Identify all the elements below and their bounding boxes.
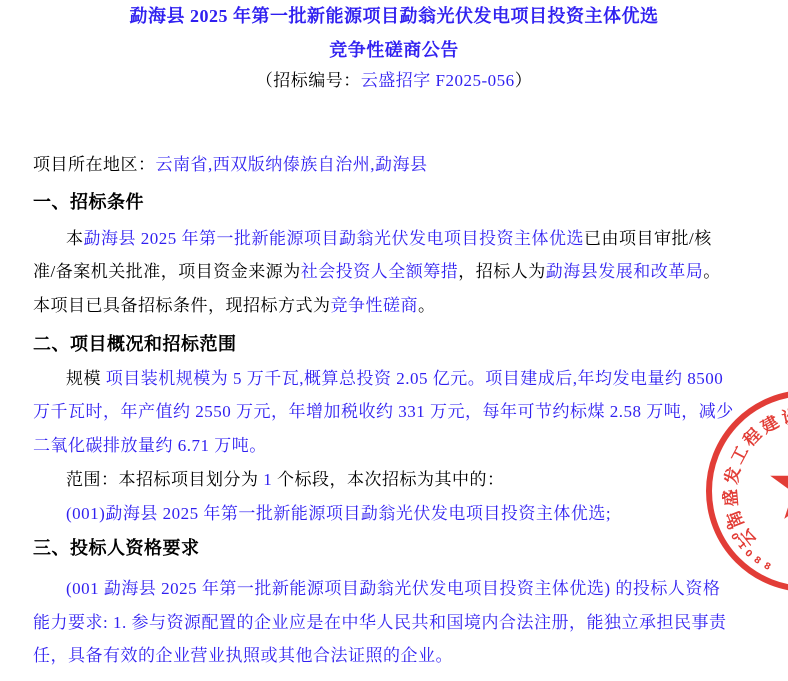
seal-serial-digit: 1 [735, 540, 747, 551]
tender-number-line: （招标编号：云盛招字 F2025-056） [0, 71, 788, 91]
text-run: ，招标人为 [458, 262, 546, 281]
tender-number-value: 云盛招字 F2025-056 [361, 71, 515, 90]
document-title-line2: 竞争性磋商公告 [0, 40, 788, 60]
tender-number-suffix: ） [515, 71, 533, 90]
section3-paragraph-line2: 能力要求: 1. 参与资源配置的企业应是在中华人民共和国境内合法注册，能独立承担… [33, 613, 726, 633]
project-location-label: 项目所在地区： [33, 155, 156, 174]
section3-paragraph-line1: (001 勐海县 2025 年第一批新能源项目勐翁光伏发电项目投资主体优选) 的… [66, 579, 720, 599]
project-location-line: 项目所在地区：云南省,西双版纳傣族自治州,勐海县 [33, 155, 428, 175]
seal-arc-char: 工 [723, 441, 753, 468]
project-location-value: 云南省,西双版纳傣族自治州,勐海县 [156, 155, 428, 174]
seal-serial-digit: 0 [728, 531, 740, 542]
text-run: 竞争性磋商 [331, 296, 419, 315]
seal-arc-char: 南 [720, 507, 749, 532]
section1-paragraph-line2: 准/备案机关批准，项目资金来源为社会投资人全额筹措，招标人为勐海县发展和改革局。 [33, 262, 721, 282]
text-run: 。 [418, 296, 436, 315]
text-run: 社会投资人全额筹措 [301, 262, 459, 281]
section3-paragraph-line3: 任，具备有效的企业营业执照或其他合法证照的企业。 [33, 646, 453, 666]
text-run: 勐海县发展和改革局 [546, 262, 704, 281]
seal-serial-digit: 8 [762, 561, 772, 573]
seal-arc-char: 程 [736, 422, 766, 452]
section2-lot-line: (001)勐海县 2025 年第一批新能源项目勐翁光伏发电项目投资主体优选; [66, 504, 611, 524]
section2-heading: 二、项目概况和招标范围 [33, 334, 237, 354]
text-run: 个标段，本次招标为其中的： [272, 470, 504, 489]
section2-scale-line2: 万千瓦时，年产值约 2550 万元，年增加税收约 331 万元，每年可节约标煤 … [33, 402, 734, 422]
seal-arc-char: 云 [730, 525, 760, 554]
text-run: 范围：本招标项目划分为 [66, 470, 263, 489]
seal-serial-digit: 0 [743, 548, 754, 560]
lot-count-value: 1 [263, 470, 272, 489]
section2-scale-line3: 二氧化碳排放量约 6.71 万吨。 [33, 436, 267, 456]
section1-paragraph-line1: 本勐海县 2025 年第一批新能源项目勐翁光伏发电项目投资主体优选已由项目审批/… [66, 229, 712, 249]
section1-paragraph-line3: 本项目已具备招标条件，现招标方式为竞争性磋商。 [33, 296, 436, 316]
document-title-line1: 勐海县 2025 年第一批新能源项目勐翁光伏发电项目投资主体优选 [0, 6, 788, 26]
seal-serial-digit: 0 [723, 522, 735, 532]
scale-label: 规模 [66, 369, 101, 388]
section3-heading: 三、投标人资格要求 [33, 538, 200, 558]
tender-number-prefix: （招标编号： [256, 71, 361, 90]
seal-arc-char: 设 [779, 401, 788, 429]
text-run: 本项目已具备招标条件，现招标方式为 [33, 296, 331, 315]
text-run: 本 [66, 229, 84, 248]
section2-scope-line: 范围：本招标项目划分为 1 个标段，本次招标为其中的： [66, 470, 505, 490]
section2-scale-line1: 规模 项目装机规模为 5 万千瓦,概算总投资 2.05 亿元。项目建成后,年均发… [66, 369, 723, 389]
text-run: 已由项目审批/核 [584, 229, 712, 248]
seal-serial-digit: 8 [752, 555, 763, 567]
seal-star-icon: ★ [764, 429, 788, 541]
document-page: 勐海县 2025 年第一批新能源项目勐翁光伏发电项目投资主体优选 竞争性磋商公告… [0, 0, 788, 681]
text-run: 项目装机规模为 5 万千瓦,概算总投资 2.05 亿元。项目建成后,年均发电量约… [106, 369, 724, 388]
seal-arc-char: 建 [756, 408, 783, 438]
text-run: 勐海县 2025 年第一批新能源项目勐翁光伏发电项目投资主体优选 [84, 229, 585, 248]
seal-arc-char: 盛 [716, 488, 742, 507]
text-run: 准/备案机关批准，项目资金来源为 [33, 262, 301, 281]
text-run: 。 [703, 262, 721, 281]
seal-arc-char: 发 [717, 465, 745, 487]
section1-heading: 一、招标条件 [33, 192, 144, 212]
